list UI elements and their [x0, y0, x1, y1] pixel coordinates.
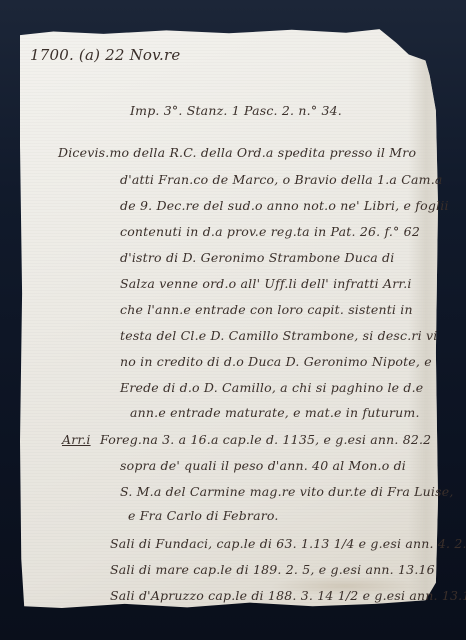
body-line: ann.e entrade maturate, e mat.e in futur… [130, 405, 420, 420]
body-line: d'atti Fran.co de Marco, o Bravio della … [120, 172, 443, 187]
body-line: testa del Cl.e D. Camillo Strambone, si … [120, 328, 437, 343]
body-line: de 9. Dec.re del sud.o anno not.o ne' Li… [120, 198, 449, 213]
list-line: e Fra Carlo di Febraro. [128, 508, 279, 523]
list-heading: Arr.i [62, 432, 91, 447]
list-line: S. M.a del Carmine mag.re vito dur.te di… [120, 484, 454, 499]
body-line: no in credito di d.o Duca D. Geronimo Ni… [120, 354, 432, 369]
photo-background: 1700. (a) 22 Nov.re Imp. 3°. Stanz. 1 Pa… [0, 0, 466, 640]
list-line: sopra de' quali il peso d'ann. 40 al Mon… [120, 458, 406, 473]
body-line: Dicevis.mo della R.C. della Ord.a spedit… [58, 145, 416, 160]
header-date-note: 1700. (a) 22 Nov.re [30, 46, 180, 64]
body-line: che l'ann.e entrade con loro capit. sist… [120, 302, 413, 317]
page-fold-edge [408, 28, 438, 618]
list-line: Sali d'Apruzzo cap.le di 188. 3. 14 1/2 … [110, 588, 466, 603]
list-line: Sali di mare cap.le di 189. 2. 5, e g.es… [110, 562, 435, 577]
body-line: contenuti in d.a prov.e reg.ta in Pat. 2… [120, 224, 420, 239]
body-line: Erede di d.o D. Camillo, a chi si paghin… [120, 380, 423, 395]
list-line: Foreg.na 3. a 16.a cap.le d. 1135, e g.e… [100, 432, 431, 447]
body-line: Salza venne ord.o all' Uff.li dell' infr… [120, 276, 412, 291]
archive-reference: Imp. 3°. Stanz. 1 Pasc. 2. n.° 34. [130, 103, 342, 118]
body-line: d'istro di D. Geronimo Strambone Duca di [120, 250, 394, 265]
list-line: Sali di Fundaci, cap.le di 63. 1.13 1/4 … [110, 536, 466, 551]
